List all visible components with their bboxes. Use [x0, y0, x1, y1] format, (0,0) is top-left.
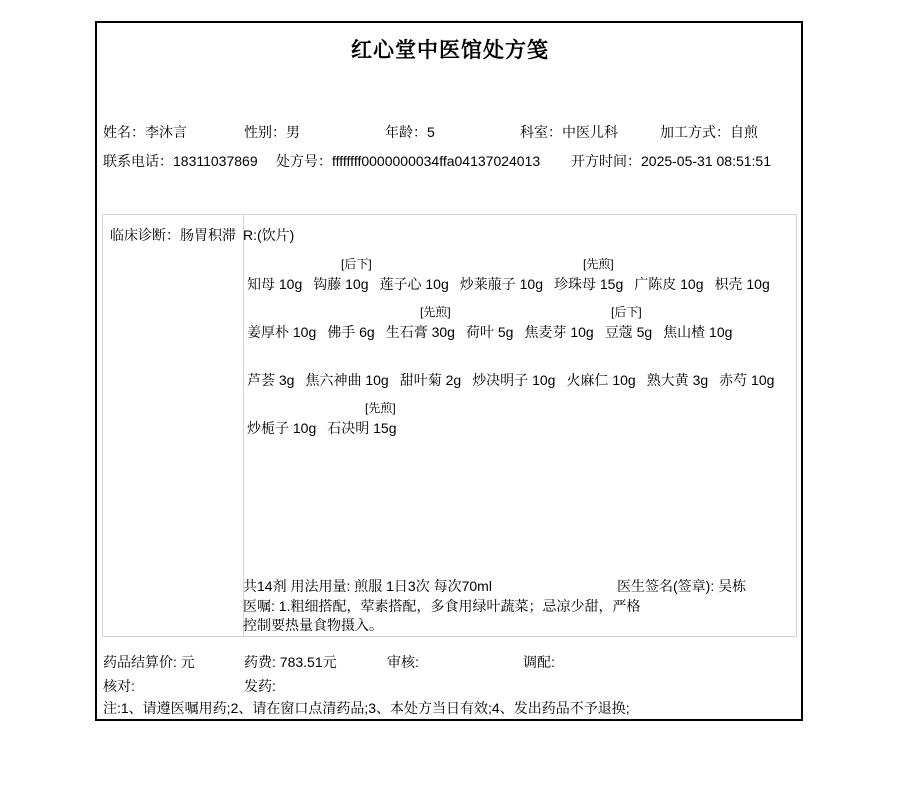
- herb-item: 佛手 6g: [327, 324, 374, 340]
- prescription-page: 红心堂中医馆处方笺 姓名：李沐言 性别：男 年龄：5 科室：中医儿科 加工方式：…: [0, 0, 900, 800]
- herb-item: 焦山楂 10g: [663, 324, 732, 340]
- herb-item: 荷叶 5g: [466, 324, 513, 340]
- phone-label: 联系电话：: [103, 153, 173, 169]
- herb-line: 炒栀子 10g石决明 15g: [247, 420, 408, 436]
- phone-value: 18311037869: [173, 153, 258, 169]
- decoction-tag: [先煎]: [420, 305, 451, 319]
- herb-item: 炒栀子 10g: [247, 420, 316, 436]
- patient-gender-field: 性别：男: [244, 124, 300, 140]
- herb-item: 炒决明子 10g: [472, 372, 555, 388]
- herb-line: 芦荟 3g焦六神曲 10g甜叶菊 2g炒决明子 10g火麻仁 10g熟大黄 3g…: [247, 372, 785, 388]
- patient-age-field: 年龄：5: [385, 124, 435, 140]
- processing-method-label: 加工方式：: [660, 124, 730, 140]
- phone-field: 联系电话：18311037869: [103, 153, 258, 169]
- fee-field: 药费: 783.51元: [244, 654, 337, 670]
- usage-line: 共14剂 用法用量: 煎服 1日3次 每次70ml: [243, 578, 492, 594]
- issue-time-label: 开方时间：: [571, 153, 641, 169]
- herb-item: 熟大黄 3g: [647, 372, 708, 388]
- patient-department-label: 科室：: [520, 124, 562, 140]
- herb-item: 知母 10g: [247, 276, 302, 292]
- herb-item: 甜叶菊 2g: [400, 372, 461, 388]
- patient-name-value: 李沐言: [145, 124, 187, 140]
- settlement-price-field: 药品结算价: 元: [103, 654, 195, 670]
- decoction-tag: [先煎]: [365, 401, 396, 415]
- check-field: 核对:: [103, 678, 135, 694]
- fee-value: 783.51元: [276, 654, 337, 670]
- patient-department-field: 科室：中医儿科: [520, 124, 618, 140]
- patient-gender-label: 性别：: [244, 124, 286, 140]
- processing-method-field: 加工方式：自煎: [660, 124, 758, 140]
- diagnosis-field: 临床诊断：肠胃积滞: [110, 227, 236, 243]
- herb-item: 石决明 15g: [327, 420, 396, 436]
- herb-item: 赤芍 10g: [719, 372, 774, 388]
- page-title: 红心堂中医馆处方笺: [95, 34, 805, 64]
- issue-time-field: 开方时间：2025-05-31 08:51:51: [571, 153, 771, 169]
- doctor-signature-field: 医生签名(签章): 吴栋: [617, 578, 746, 594]
- patient-age-label: 年龄：: [385, 124, 427, 140]
- footer-note: 注:1、请遵医嘱用药;2、请在窗口点清药品;3、本处方当日有效;4、发出药品不予…: [103, 700, 630, 716]
- rx-number-value: ffffffff0000000034ffa04137024013: [332, 153, 540, 169]
- herb-line: 知母 10g钩藤 10g莲子心 10g炒莱菔子 10g珍珠母 15g广陈皮 10…: [247, 276, 781, 292]
- rx-number-field: 处方号：ffffffff0000000034ffa04137024013: [276, 153, 540, 169]
- settlement-price-label: 药品结算价:: [103, 654, 177, 670]
- herb-item: 姜厚朴 10g: [247, 324, 316, 340]
- herb-item: 生石膏 30g: [386, 324, 455, 340]
- doctor-advice: 医嘱: 1.粗细搭配，荤素搭配，多食用绿叶蔬菜；忌凉少甜，严格控制要热量食物摄入…: [243, 597, 647, 635]
- issue-time-value: 2025-05-31 08:51:51: [641, 153, 771, 169]
- processing-method-value: 自煎: [730, 124, 758, 140]
- herb-item: 火麻仁 10g: [566, 372, 635, 388]
- decoction-tag: [后下]: [341, 257, 372, 271]
- diagnosis-label: 临床诊断：: [110, 227, 180, 243]
- rx-number-label: 处方号：: [276, 153, 332, 169]
- diagnosis-value: 肠胃积滞: [180, 227, 236, 243]
- fee-label: 药费:: [244, 654, 276, 670]
- herb-item: 珍珠母 15g: [554, 276, 623, 292]
- prepare-field: 调配:: [523, 654, 555, 670]
- dispense-field: 发药:: [244, 678, 276, 694]
- patient-department-value: 中医儿科: [562, 124, 618, 140]
- herb-item: 枳壳 10g: [715, 276, 770, 292]
- herb-item: 广陈皮 10g: [634, 276, 703, 292]
- patient-name-label: 姓名：: [103, 124, 145, 140]
- decoction-tag: [后下]: [611, 305, 642, 319]
- settlement-price-value: 元: [177, 654, 195, 670]
- patient-name-field: 姓名：李沐言: [103, 124, 187, 140]
- patient-gender-value: 男: [286, 124, 300, 140]
- doctor-signature-value: 吴栋: [718, 578, 746, 594]
- review-field: 审核:: [387, 654, 419, 670]
- patient-age-value: 5: [427, 124, 435, 140]
- prescription-box-divider: [243, 214, 244, 637]
- herb-item: 焦麦芽 10g: [524, 324, 593, 340]
- herb-item: 焦六神曲 10g: [305, 372, 388, 388]
- herb-item: 炒莱菔子 10g: [460, 276, 543, 292]
- herb-item: 豆蔻 5g: [605, 324, 652, 340]
- decoction-tag: [先煎]: [583, 257, 614, 271]
- herb-line: 姜厚朴 10g佛手 6g生石膏 30g荷叶 5g焦麦芽 10g豆蔻 5g焦山楂 …: [247, 324, 743, 340]
- doctor-signature-label: 医生签名(签章):: [617, 578, 718, 594]
- herb-item: 芦荟 3g: [247, 372, 294, 388]
- herb-item: 莲子心 10g: [380, 276, 449, 292]
- rx-header: R:(饮片): [243, 227, 294, 243]
- herb-item: 钩藤 10g: [313, 276, 368, 292]
